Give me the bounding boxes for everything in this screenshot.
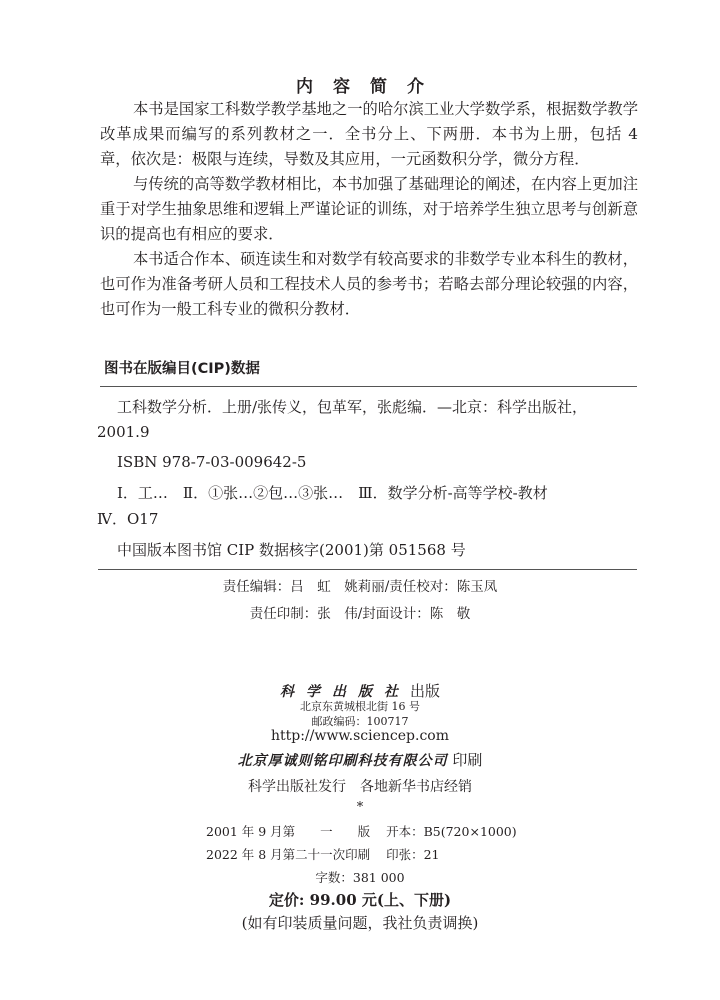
publisher-address: 北京东黄城根北街 16 号 [0,698,720,714]
word-count: 字数：381 000 [0,868,720,886]
cip-isbn-line: ISBN 978-7-03-009642-5 [97,451,642,473]
summary-paragraph: 本书是国家工科数学教学基地之一的哈尔滨工业大学数学系，根据数学教学改革成果而编写… [100,97,638,172]
cip-title-line: 工科数学分析．上册/张传义，包革军，张彪编．—北京：科学出版社， [97,396,642,418]
cip-heading: 图书在版编目(CIP)数据 [104,357,260,378]
cip-classification-number: Ⅳ．O17 [97,508,642,530]
distribution-line: 科学出版社发行 各地新华书店经销 [0,776,720,796]
summary-paragraph: 本书适合作本、硕连读生和对数学有较高要求的非数学专业本科生的教材，也可作为准备考… [100,247,638,322]
cip-top-rule [100,386,637,387]
edition-row-2: 2022 年 8 月第二十一次印刷 印张：21 [206,845,440,863]
cip-title-text: 工科数学分析．上册/张传义，包革军，张彪编．—北京：科学出版社， [97,398,587,416]
printer-name: 北京厚诚则铭印刷科技有限公司 [238,753,448,769]
classification-text: Ⅰ．工… Ⅱ．①张…②包…③张… Ⅲ．数学分析-高等学校-教材 [97,484,548,502]
credits-production: 责任印制：张 伟/封面设计：陈 敬 [0,602,720,622]
summary-body: 本书是国家工科数学教学基地之一的哈尔滨工业大学数学系，根据数学教学改革成果而编写… [100,97,638,322]
printing-info: 2022 年 8 月第二十一次印刷 [206,847,370,862]
cip-record-text: 中国版本图书馆 CIP 数据核字(2001)第 051568 号 [97,541,466,559]
separator-asterisk: * [0,800,720,815]
printer-suffix: 印刷 [452,751,482,769]
edition-row-1: 2001 年 9 月第 一 版 开本：B5(720×1000) [206,822,517,840]
price: 定价: 99.00 元(上、下册) [0,889,720,910]
printer-line: 北京厚诚则铭印刷科技有限公司 印刷 [0,749,720,770]
printed-sheets: 印张：21 [386,847,439,862]
cip-date-line: 2001.9 [97,421,642,443]
credits-editors: 责任编辑：吕 虹 姚莉丽/责任校对：陈玉凤 [0,575,720,595]
first-edition: 2001 年 9 月第 一 版 [206,824,370,839]
summary-paragraph: 与传统的高等数学教材相比，本书加强了基础理论的阐述，在内容上更加注重于对学生抽象… [100,172,638,247]
publisher-postcode: 邮政编码：100717 [0,713,720,729]
book-format: 开本：B5(720×1000) [386,824,517,839]
summary-title: 内容简介 [0,72,720,97]
cip-classification-line: Ⅰ．工… Ⅱ．①张…②包…③张… Ⅲ．数学分析-高等学校-教材 [97,482,642,504]
publisher-url: http://www.sciencep.com [0,728,720,744]
isbn-text: ISBN 978-7-03-009642-5 [97,453,306,471]
cip-record-number-line: 中国版本图书馆 CIP 数据核字(2001)第 051568 号 [97,539,642,561]
quality-notice: (如有印装质量问题，我社负责调换) [0,912,720,933]
cip-bottom-rule [98,569,637,570]
